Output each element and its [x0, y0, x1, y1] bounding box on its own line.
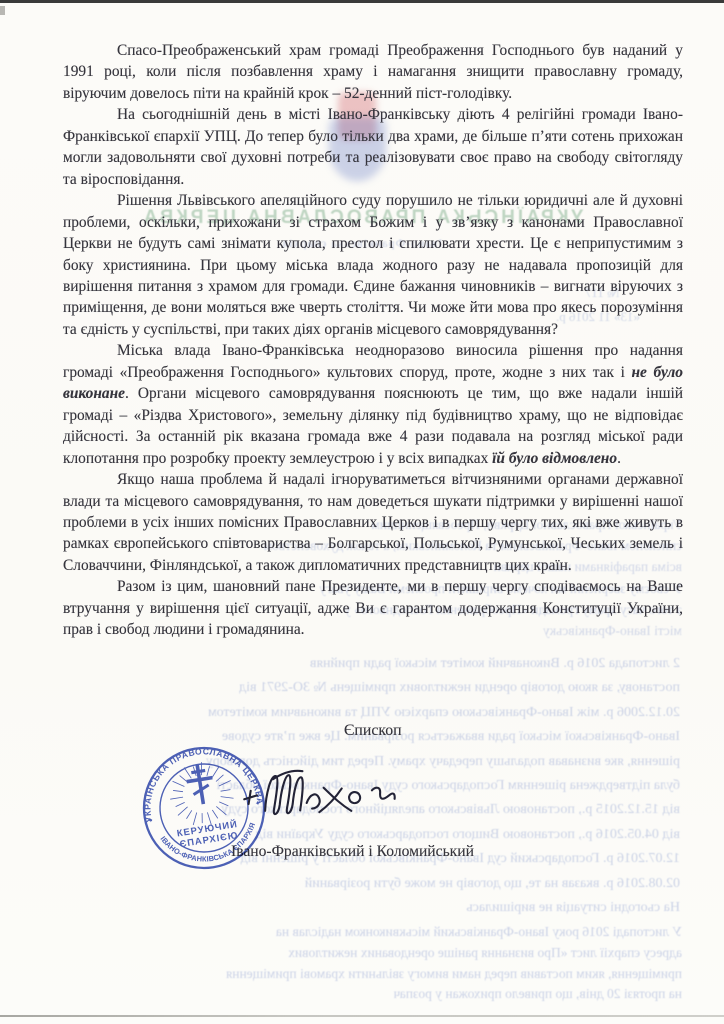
scan-artifact	[0, 6, 5, 15]
paragraph: Разом із цим, шановний пане Президенте, …	[63, 576, 683, 640]
closing-title: Єпископ	[344, 722, 402, 740]
letter-body: Спасо-Преображенський храм громаді Преоб…	[63, 40, 683, 641]
bleedthrough-line: на протязі 20 днів, що привело прихожан …	[70, 984, 682, 1005]
scan-edge-bottom	[0, 1015, 724, 1017]
bleedthrough-block: У листопаді 2016 року Івано-Франківський…	[70, 922, 682, 1005]
orthodox-cross-icon	[184, 763, 216, 807]
paragraph: Рішення Львівського апеляційного суду по…	[63, 190, 683, 340]
scanned-letter-page: УКРАЇНСЬКА ПРАВОСЛАВНА ЦЕРКВА Івано-Фран…	[0, 0, 724, 1024]
bishop-signature	[227, 746, 412, 840]
paragraph: Міська влада Івано-Франківська неоднораз…	[63, 340, 683, 469]
bleedthrough-line: 2 листопада 2016 р. Виконавчий комітет м…	[72, 652, 680, 676]
bleedthrough-line: На сьогодні ситуація не вирішилась	[72, 896, 680, 920]
bleedthrough-line: приміщення, яким поставив перед нами вим…	[70, 964, 682, 985]
scan-edge-top	[0, 0, 724, 3]
bleedthrough-line: постанову, за якою договір оренди нежитл…	[72, 676, 680, 700]
paragraph: На сьогоднішній день в місті Івано-Франк…	[63, 104, 683, 190]
paragraph: Якщо наша проблема й надалі ігноруватиме…	[63, 469, 683, 576]
bleedthrough-line: адресу єпархії лист «Про визнання раніше…	[70, 943, 682, 964]
paragraph: Спасо-Преображенський храм громаді Преоб…	[63, 40, 683, 104]
bleedthrough-line: У листопаді 2016 року Івано-Франківський…	[70, 922, 682, 943]
